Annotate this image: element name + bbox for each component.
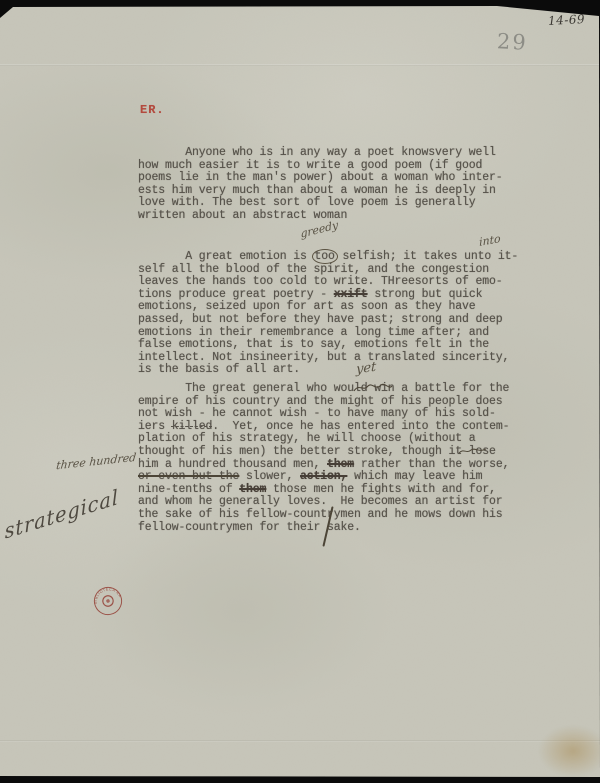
typed-text: how much easier it is to write a good po… <box>138 159 482 172</box>
typescript-line: written about an abstract woman <box>138 210 503 223</box>
typed-text: is the basis of all art. <box>138 363 300 376</box>
typed-text: tions produce great poetry - <box>138 288 334 301</box>
typed-text: not wish - he cannot wish - to have many… <box>138 407 496 420</box>
typed-text: poems lie in the man's power) about a wo… <box>138 171 503 184</box>
typed-text: . Yet, once he has entered into the cont… <box>212 420 509 433</box>
typescript-line: fellow-countrymen for their sake. <box>138 522 509 535</box>
paragraph-great-emotion: A great emotion is too selfish; it takes… <box>138 251 518 377</box>
edited-text-strike: them <box>239 483 266 496</box>
margin-note-bottom: strategical <box>4 484 119 544</box>
typed-text: slower, <box>239 470 300 483</box>
typed-text: false emotions, that is to say, emotions… <box>138 338 489 351</box>
typed-text: the sake of his fellow-countrymen and he… <box>138 508 503 521</box>
typed-text: iers <box>138 420 172 433</box>
typed-text: intellect. Not insineerity, but a transl… <box>138 351 509 364</box>
typed-text: emotions in their remembrance a long tim… <box>138 326 489 339</box>
edited-text-strike: them <box>327 458 354 471</box>
edited-text-pen: or even but the <box>138 470 239 483</box>
edited-text-dashed: killed <box>172 420 213 433</box>
typed-text: plation of his strategy, he will choose … <box>138 432 476 445</box>
typescript-line: is the basis of all art. <box>138 364 518 377</box>
library-stamp-icon: BIBLIOTECA NACIONAL <box>87 580 129 622</box>
paper-crease-top <box>0 64 600 66</box>
typed-text: strong but quick <box>368 288 483 301</box>
typed-text: rather than the worse, <box>354 458 509 471</box>
typed-text: selfish; it takes unto it- <box>336 250 518 263</box>
paragraph-love-poem: Anyone who is in any way a poet knowsver… <box>138 147 503 223</box>
typed-text: written about an abstract woman <box>138 209 347 222</box>
typed-text: thought of his men) the better stroke, t… <box>138 445 496 458</box>
typed-text: him a hundred thousand men, <box>138 458 327 471</box>
typed-text: passed, but not before they have past; s… <box>138 313 503 326</box>
typed-text: and whom he generally loves. He becomes … <box>138 495 503 508</box>
typed-text: ests him very much than about a woman he… <box>138 184 496 197</box>
scanned-typescript-page: 14-69 29 ER. Anyone who is in any way a … <box>0 0 600 783</box>
page-number-pencil: 29 <box>496 29 528 55</box>
edited-text-strike: xxift <box>334 288 368 301</box>
typed-text: love with. The best sort of love poem is… <box>138 196 476 209</box>
typed-heading-er: ER. <box>140 103 165 117</box>
typed-text: leaves the hands too cold to write. THre… <box>138 275 503 288</box>
typed-text: emotions, seized upon for art as soon as… <box>138 300 476 313</box>
edited-text-strike: action, <box>300 470 347 483</box>
typed-text: self all the blood of the spirit, and th… <box>138 263 489 276</box>
typed-text: The great general who would win a battle… <box>138 382 509 395</box>
handwritten-annotation-into: into <box>479 232 501 249</box>
archive-number: 14-69 <box>548 12 586 28</box>
paper-crease-bottom <box>0 740 600 742</box>
typed-text: empire of his country and the might of h… <box>138 395 503 408</box>
paper-stain <box>538 725 600 777</box>
typed-text: nine-tenths of <box>138 483 239 496</box>
typed-text: those men he fights with and for, <box>266 483 496 496</box>
handwritten-annotation-yet: yet <box>356 359 377 377</box>
typed-text: A great emotion is <box>138 250 314 263</box>
typed-text: Anyone who is in any way a poet knowsver… <box>138 146 496 159</box>
margin-note-left: three hundred <box>56 451 137 473</box>
paragraph-great-general: The great general who would win a battle… <box>138 383 509 534</box>
typed-text: which may leave him <box>347 470 482 483</box>
paper-sheet: 14-69 29 ER. Anyone who is in any way a … <box>0 0 600 783</box>
